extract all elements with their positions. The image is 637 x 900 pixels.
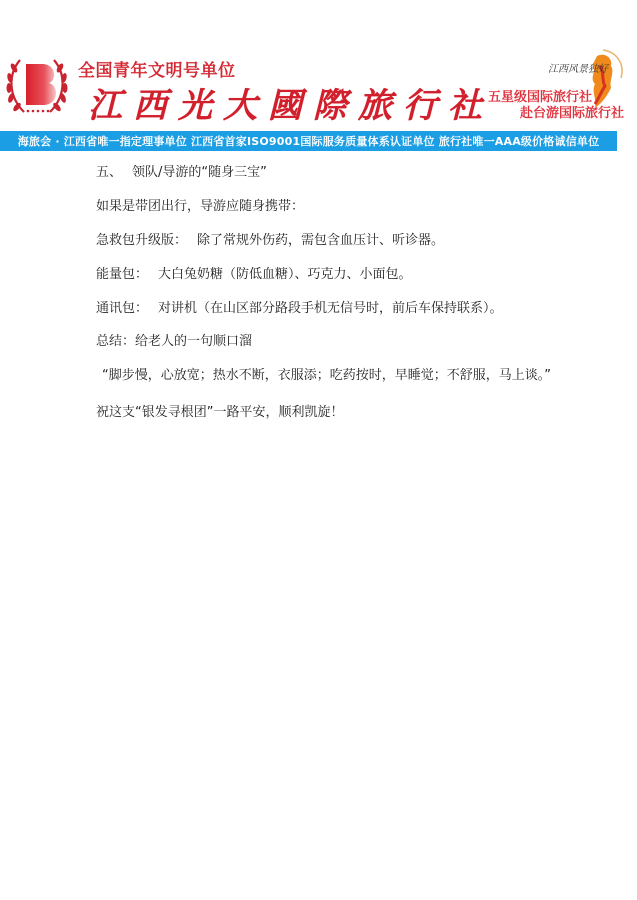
letterhead-header: 全国青年文明号单位 江西光大國際旅行社 江西风景独好 五星级国际旅行社 赴台游国… [0,0,637,155]
item-label: 急救包升级版： [96,233,187,248]
item-text: 除了常规外伤药，需包含血压计、听诊器。 [197,233,444,248]
summary-paragraph: 总结：给老人的一句顺口溜 [96,333,252,350]
certification-band: 海旅会 · 江西省唯一指定理事单位 江西省首家ISO9001国际服务质量体系认证… [0,131,617,151]
section-heading: 五、领队/导游的“随身三宝” [96,164,267,181]
certification-text: 海旅会 · 江西省唯一指定理事单位 江西省首家ISO9001国际服务质量体系认证… [18,133,600,149]
item-text: 对讲机（在山区部分路段手机无信号时，前后车保持联系）。 [158,301,503,316]
item-label: 能量包： [96,267,148,282]
list-item-communication: 通讯包：对讲机（在山区部分路段手机无信号时，前后车保持联系）。 [96,300,503,317]
section-number: 五、 [96,165,122,180]
intro-paragraph: 如果是带团出行，导游应随身携带： [96,198,304,215]
list-item-energy: 能量包：大白兔奶糖（防低血糖）、巧克力、小面包。 [96,266,412,283]
closing-wish-paragraph: 祝这支“银发寻根团”一路平安，顺利凯旋！ [96,404,343,421]
jiangxi-brand-text: 江西风景独好 [548,60,608,75]
company-name: 江西光大國際旅行社 [88,78,493,127]
item-text: 大白兔奶糖（防低血糖）、巧克力、小面包。 [158,267,412,282]
item-label: 通讯包： [96,301,148,316]
rhyme-paragraph: “脚步慢，心放宽；热水不断，衣服添；吃药按时，早睡觉；不舒服，马上谈。” [102,367,551,384]
list-item-first-aid: 急救包升级版：除了常规外伤药，需包含血压计、听诊器。 [96,232,444,249]
taiwan-tour-rating-text: 赴台游国际旅行社 [520,102,624,121]
laurel-logo-icon [4,52,70,120]
section-title: 领队/导游的“随身三宝” [132,165,267,180]
